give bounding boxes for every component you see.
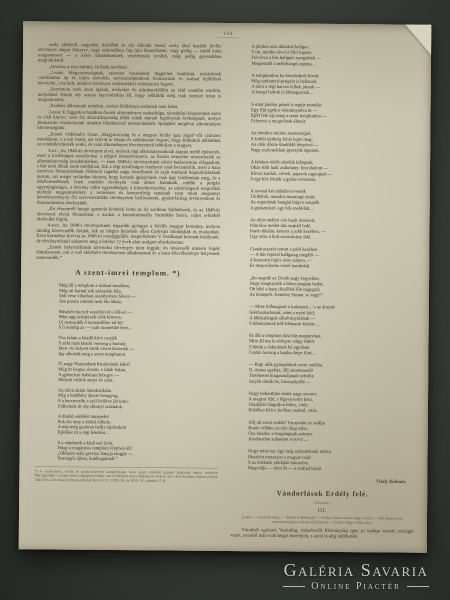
poem-line: Az ünnepelt, Kemény Simon, te vagy!“ [249, 292, 416, 299]
paragraph: „Én részemről buzgó apostola kívánok len… [37, 206, 221, 223]
right-column: A jámbor utas áhítattal hallgat:S ím, mi… [230, 44, 418, 541]
paragraph: „1-ször. Magyarországnak, szeretett hazá… [38, 70, 222, 87]
paragraph: „Ennek védelmére írtam „Magyarország és … [37, 132, 221, 149]
poem-stanza: „Ím engedé az Úrnak nagy kegyelme,Hogy m… [249, 275, 416, 299]
poem-line: Megzendül a mélyhangú orgona... [251, 61, 418, 68]
poem-stanza: Az rémülve tekinte szerteszéjjel,S keblé… [251, 131, 418, 155]
watermark-dash-left-icon [283, 586, 305, 587]
poem-stanza: Az ódon ablak ólomkarikáinMíg a holdfény… [58, 388, 219, 411]
poem-stanza: És állt a templom újra bús magányban,Min… [249, 333, 416, 357]
poem-stanza: Állj oh szent emlék! Tornyodat ne szállj… [248, 420, 415, 444]
watermark-dash-right-icon [407, 586, 429, 587]
watermark-title: Galéria Savaria [266, 560, 446, 580]
poem-stanza: A templomhoz ha közelednek hívek:Még sar… [251, 73, 418, 97]
poem-stanza: A jámbor utas áhítattal hallgat:S ím, mi… [251, 44, 418, 68]
footnote: *) A szent-imrei, tövisi és gyula-fejérv… [34, 466, 218, 483]
poem-line: Nagy oszlopokban gyertyák égtenek. [251, 148, 418, 155]
poem-stanza: A falakon török zászlók lobogtak,Oltár e… [250, 160, 417, 184]
poem-stanza: — Most felhangzott a kakasszó...: s az á… [249, 304, 416, 328]
poem-line: A kongó boltok is kihangzanak... [251, 90, 418, 97]
poem-stanza: — Régi idők gyöngédnek szent emléke,Ó, t… [249, 362, 416, 386]
poem-line: Ám puszta rommá nem lőn általa. [59, 299, 220, 306]
poem-stanza: A ravatal két oldalán leventékTérdeltek,… [250, 189, 417, 213]
poem-stanza: Még áll a templom a szabad mezőben,Még o… [59, 283, 220, 306]
poem-line: Melyek virítók annyi év után. [58, 378, 219, 385]
newspaper-page: 144 mely elérhető, nagyobb, díszlőbb és … [19, 21, 432, 553]
left-column: mely elérhető, nagyobb, díszlőbb és oly … [34, 42, 222, 539]
column-layout: mely elérhető, nagyobb, díszlőbb és oly … [34, 42, 418, 540]
poem-line: S egy hős feküdt a gyász-ravatalon. [250, 177, 417, 184]
poem-line: Úgy néze a holt ravatalvány felé. [250, 234, 417, 241]
poem-right-part: A jámbor utas áhítattal hallgat:S ím, mi… [231, 44, 418, 473]
poem-stanza: Hogy lelkesüljön ősink nagy zavarraA mag… [248, 391, 415, 415]
poem-stanza: Ó, nagy Hunyadunk hatalmának lelke!Még i… [58, 362, 219, 385]
poem-line: Ártalmatlan suhanjon el tova!.... [248, 437, 415, 444]
poem-line: Éjfélkor itt a régi hősöket... [58, 430, 219, 437]
paragraph: mely elérhető, nagyobb, díszlőbb és oly … [38, 42, 222, 64]
paragraph: „Ennek helyreállítását követelni törvény… [36, 245, 220, 262]
poem-line: Borongós éjben, holdsugárinál.“ [57, 456, 218, 463]
article-body: Váradról egészen Vaskohig, másrészről Ré… [230, 527, 414, 540]
chapter-numeral: III. [231, 507, 415, 515]
poem-line: S kihunytanak kék lobbanás között.... [249, 321, 416, 328]
watermark-subtitle-text: Online Piactér [311, 581, 401, 592]
paragraph: 3-or. „Az 1848-ki törvények elvei, melye… [37, 148, 221, 207]
poem-title: A szent-imrei templom. *) [36, 268, 220, 278]
poem-line: Felverve a nyugvónak álmait. [251, 119, 418, 126]
political-prose-block: mely elérhető, nagyobb, díszlőbb és oly … [36, 42, 221, 262]
photo-background: 144 mely elérhető, nagyobb, díszlőbb és … [0, 0, 450, 600]
poem-line: Anyák oltsák be, bizonyítjelül — [249, 379, 416, 386]
poem-line: Így alkották meg e szent templomot. [58, 351, 219, 358]
poem-line: Fölkelnek itt rég elhunyt századok. [58, 404, 219, 411]
page-number-text: 144 [217, 31, 239, 38]
poem-stanza: Hogy mint ma: úgy még századoknak múlvaB… [248, 449, 415, 473]
poem-line: És megcsókolta vérző homlokát. [250, 263, 417, 270]
watermark-subtitle: Online Piactér [266, 581, 446, 592]
poem-signature: Thaly Kálmán. [231, 478, 415, 485]
poem-line: S ő mindig az — csak szentebbé leve... [59, 325, 220, 332]
paragraph: 2-szor. E független hazában őseink alkot… [37, 110, 221, 132]
chapter-summary: (Lazur. — A hollódi völgy. — Vaskoh és k… [233, 515, 411, 525]
poem-line: Békében bölcs, hadban szabad, vitéz. [248, 408, 415, 415]
poem-stanza: S a vándorok a késő esti órán,Hogy a mag… [57, 440, 218, 463]
poem-stanza: Csatakoszorút tartott a jobb kezében— A … [250, 247, 417, 271]
article-subtitle: (Folytatás.) [231, 500, 415, 506]
poem-left-part: Még áll a templom a szabad mezőben,Még o… [34, 283, 219, 463]
poem-line: Megvédje — mint ős — a szabad hazát. [248, 466, 415, 473]
article-title: Vándorlások Erdély felé. [231, 489, 415, 499]
paragraph: „Szerintem ezek azon igazak, melyeket én… [38, 87, 222, 104]
page-content: 144 mely elérhető, nagyobb, díszlőbb és … [19, 21, 432, 553]
poem-stanza: S mint jámbor pórok ó regéje mondja:Egy … [251, 102, 418, 126]
poem-stanza: Az oltár mellett vén barát misézett,Pánc… [250, 218, 417, 242]
watermark: Galéria Savaria Online Piactér [266, 560, 446, 592]
poem-line: Csatán borong a hajdan képe fönt.... [249, 350, 416, 357]
poem-stanza: Büszkén daczol veszélyivel s idővel —Min… [59, 309, 220, 332]
paragraph: Váradról egészen Vaskohig, másrészről Ré… [230, 527, 414, 540]
poem-stanza: A diadal emlékét ünnepelniSok ősi árny a… [58, 414, 219, 437]
poem-stanza: Ősz falain a küzdő kövi cserjékS zöld mo… [58, 336, 219, 359]
poem-line: A gyászmisét: egy hős melódiát.... [250, 206, 417, 213]
paragraph: 4-szer. Az 1848-i törvényeknek legszebb … [36, 223, 220, 245]
